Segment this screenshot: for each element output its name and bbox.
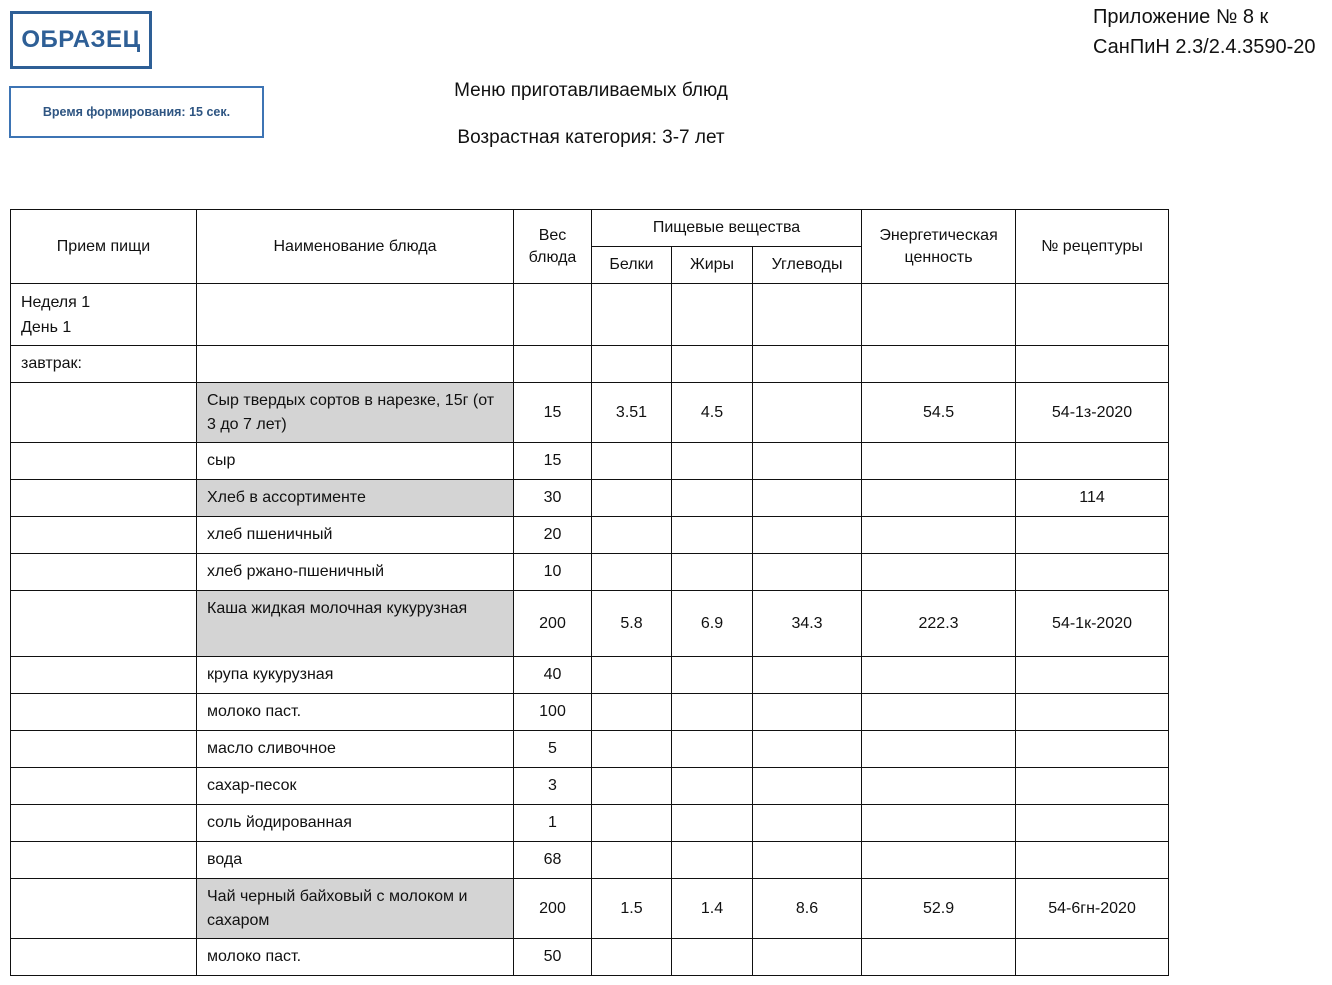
dish-name-cell: Каша жидкая молочная кукурузная — [197, 591, 514, 657]
fats-cell: 4.5 — [672, 383, 753, 443]
header-meal: Прием пищи — [11, 210, 197, 284]
empty-cell — [753, 346, 862, 383]
weight-cell: 15 — [514, 383, 592, 443]
energy-cell — [862, 480, 1016, 517]
carbs-cell — [753, 694, 862, 731]
proteins-cell — [592, 768, 672, 805]
day-label: День 1 — [21, 315, 186, 340]
table-header-row: Прием пищи Наименование блюда Вес блюда … — [11, 210, 1169, 247]
fats-cell — [672, 517, 753, 554]
menu-title: Меню приготавливаемых блюд — [0, 80, 1182, 102]
meal-empty-cell — [11, 657, 197, 694]
empty-cell — [514, 284, 592, 346]
empty-cell — [753, 284, 862, 346]
dish-row: Хлеб в ассортименте30114 — [11, 480, 1169, 517]
energy-cell: 52.9 — [862, 879, 1016, 939]
fats-cell — [672, 554, 753, 591]
weight-cell: 200 — [514, 591, 592, 657]
fats-cell — [672, 768, 753, 805]
meal-empty-cell — [11, 842, 197, 879]
ingredient-row: соль йодированная1 — [11, 805, 1169, 842]
header-fats: Жиры — [672, 247, 753, 284]
meal-empty-cell — [11, 591, 197, 657]
carbs-cell — [753, 480, 862, 517]
weight-cell: 68 — [514, 842, 592, 879]
recipe-cell — [1016, 554, 1169, 591]
proteins-cell — [592, 554, 672, 591]
header-dish-name: Наименование блюда — [197, 210, 514, 284]
meal-empty-cell — [11, 480, 197, 517]
fats-cell — [672, 731, 753, 768]
weight-cell: 10 — [514, 554, 592, 591]
energy-cell — [862, 939, 1016, 976]
empty-cell — [592, 284, 672, 346]
carbs-cell — [753, 554, 862, 591]
weight-cell: 40 — [514, 657, 592, 694]
energy-cell — [862, 694, 1016, 731]
header-recipe-no: № рецептуры — [1016, 210, 1169, 284]
recipe-cell — [1016, 517, 1169, 554]
dish-name-cell: вода — [197, 842, 514, 879]
energy-cell — [862, 805, 1016, 842]
proteins-cell: 5.8 — [592, 591, 672, 657]
generation-time-label: Время формирования: 15 сек. — [43, 105, 230, 119]
fats-cell: 6.9 — [672, 591, 753, 657]
ingredient-row: масло сливочное5 — [11, 731, 1169, 768]
empty-cell — [862, 284, 1016, 346]
ingredient-row: вода68 — [11, 842, 1169, 879]
meal-empty-cell — [11, 517, 197, 554]
sample-stamp: ОБРАЗЕЦ — [10, 11, 152, 69]
recipe-cell: 114 — [1016, 480, 1169, 517]
weight-cell: 3 — [514, 768, 592, 805]
meal-empty-cell — [11, 443, 197, 480]
carbs-cell — [753, 805, 862, 842]
proteins-cell — [592, 443, 672, 480]
proteins-cell — [592, 694, 672, 731]
week-day-cell: Неделя 1 День 1 — [11, 284, 197, 346]
empty-cell — [672, 346, 753, 383]
energy-cell — [862, 443, 1016, 480]
proteins-cell — [592, 480, 672, 517]
empty-cell — [514, 346, 592, 383]
dish-name-cell: хлеб ржано-пшеничный — [197, 554, 514, 591]
proteins-cell — [592, 517, 672, 554]
carbs-cell — [753, 939, 862, 976]
recipe-cell: 54-6гн-2020 — [1016, 879, 1169, 939]
empty-cell — [592, 346, 672, 383]
proteins-cell — [592, 842, 672, 879]
recipe-cell — [1016, 443, 1169, 480]
age-category: Возрастная категория: 3-7 лет — [0, 127, 1182, 149]
empty-cell — [1016, 346, 1169, 383]
carbs-cell: 34.3 — [753, 591, 862, 657]
appendix-reference: Приложение № 8 к СанПиН 2.3/2.4.3590-20 — [1093, 2, 1316, 62]
carbs-cell: 8.6 — [753, 879, 862, 939]
proteins-cell — [592, 657, 672, 694]
ingredient-row: сыр15 — [11, 443, 1169, 480]
meal-empty-cell — [11, 768, 197, 805]
weight-cell: 30 — [514, 480, 592, 517]
carbs-cell — [753, 657, 862, 694]
carbs-cell — [753, 383, 862, 443]
dish-name-cell: Хлеб в ассортименте — [197, 480, 514, 517]
carbs-cell — [753, 517, 862, 554]
fats-cell — [672, 480, 753, 517]
header-proteins: Белки — [592, 247, 672, 284]
weight-cell: 15 — [514, 443, 592, 480]
meal-empty-cell — [11, 879, 197, 939]
empty-cell — [862, 346, 1016, 383]
carbs-cell — [753, 731, 862, 768]
dish-name-cell: молоко паст. — [197, 694, 514, 731]
header-weight: Вес блюда — [514, 210, 592, 284]
weight-cell: 50 — [514, 939, 592, 976]
energy-cell — [862, 842, 1016, 879]
energy-cell — [862, 731, 1016, 768]
energy-cell — [862, 517, 1016, 554]
meal-empty-cell — [11, 939, 197, 976]
fats-cell: 1.4 — [672, 879, 753, 939]
proteins-cell: 3.51 — [592, 383, 672, 443]
dish-name-cell: крупа кукурузная — [197, 657, 514, 694]
fats-cell — [672, 805, 753, 842]
proteins-cell — [592, 939, 672, 976]
empty-cell — [197, 346, 514, 383]
ingredient-row: хлеб пшеничный20 — [11, 517, 1169, 554]
ingredient-row: молоко паст.50 — [11, 939, 1169, 976]
header-nutrients: Пищевые вещества — [592, 210, 862, 247]
fats-cell — [672, 657, 753, 694]
energy-cell — [862, 554, 1016, 591]
appendix-line-2: СанПиН 2.3/2.4.3590-20 — [1093, 32, 1316, 62]
recipe-cell — [1016, 768, 1169, 805]
ingredient-row: молоко паст.100 — [11, 694, 1169, 731]
carbs-cell — [753, 768, 862, 805]
recipe-cell — [1016, 731, 1169, 768]
recipe-cell: 54-1к-2020 — [1016, 591, 1169, 657]
energy-cell: 54.5 — [862, 383, 1016, 443]
fats-cell — [672, 694, 753, 731]
recipe-cell — [1016, 842, 1169, 879]
fats-cell — [672, 939, 753, 976]
carbs-cell — [753, 443, 862, 480]
weight-cell: 1 — [514, 805, 592, 842]
proteins-cell — [592, 731, 672, 768]
empty-cell — [1016, 284, 1169, 346]
meal-label: завтрак: — [11, 346, 197, 383]
fats-cell — [672, 443, 753, 480]
recipe-cell: 54-1з-2020 — [1016, 383, 1169, 443]
meal-empty-cell — [11, 694, 197, 731]
dish-name-cell: сахар-песок — [197, 768, 514, 805]
weight-cell: 200 — [514, 879, 592, 939]
appendix-line-1: Приложение № 8 к — [1093, 2, 1316, 32]
dish-name-cell: Сыр твердых сортов в нарезке, 15г (от 3 … — [197, 383, 514, 443]
dish-name-cell: соль йодированная — [197, 805, 514, 842]
meal-empty-cell — [11, 554, 197, 591]
recipe-cell — [1016, 805, 1169, 842]
fats-cell — [672, 842, 753, 879]
meal-empty-cell — [11, 383, 197, 443]
dish-name-cell: молоко паст. — [197, 939, 514, 976]
energy-cell — [862, 657, 1016, 694]
weight-cell: 100 — [514, 694, 592, 731]
ingredient-row: сахар-песок3 — [11, 768, 1169, 805]
recipe-cell — [1016, 939, 1169, 976]
carbs-cell — [753, 842, 862, 879]
ingredient-row: крупа кукурузная40 — [11, 657, 1169, 694]
proteins-cell — [592, 805, 672, 842]
header-energy: Энергетическая ценность — [862, 210, 1016, 284]
empty-cell — [672, 284, 753, 346]
weight-cell: 5 — [514, 731, 592, 768]
dish-row: Сыр твердых сортов в нарезке, 15г (от 3 … — [11, 383, 1169, 443]
dish-row: Чай черный байховый с молоком и сахаром2… — [11, 879, 1169, 939]
ingredient-row: хлеб ржано-пшеничный10 — [11, 554, 1169, 591]
empty-cell — [197, 284, 514, 346]
recipe-cell — [1016, 694, 1169, 731]
week-day-row: Неделя 1 День 1 — [11, 284, 1169, 346]
meal-row-breakfast: завтрак: — [11, 346, 1169, 383]
menu-table: Прием пищи Наименование блюда Вес блюда … — [10, 209, 1169, 976]
dish-name-cell: хлеб пшеничный — [197, 517, 514, 554]
recipe-cell — [1016, 657, 1169, 694]
proteins-cell: 1.5 — [592, 879, 672, 939]
header-carbs: Углеводы — [753, 247, 862, 284]
meal-empty-cell — [11, 731, 197, 768]
dish-name-cell: сыр — [197, 443, 514, 480]
energy-cell — [862, 768, 1016, 805]
dish-name-cell: Чай черный байховый с молоком и сахаром — [197, 879, 514, 939]
meal-empty-cell — [11, 805, 197, 842]
energy-cell: 222.3 — [862, 591, 1016, 657]
week-label: Неделя 1 — [21, 290, 186, 315]
weight-cell: 20 — [514, 517, 592, 554]
dish-row: Каша жидкая молочная кукурузная2005.86.9… — [11, 591, 1169, 657]
dish-name-cell: масло сливочное — [197, 731, 514, 768]
